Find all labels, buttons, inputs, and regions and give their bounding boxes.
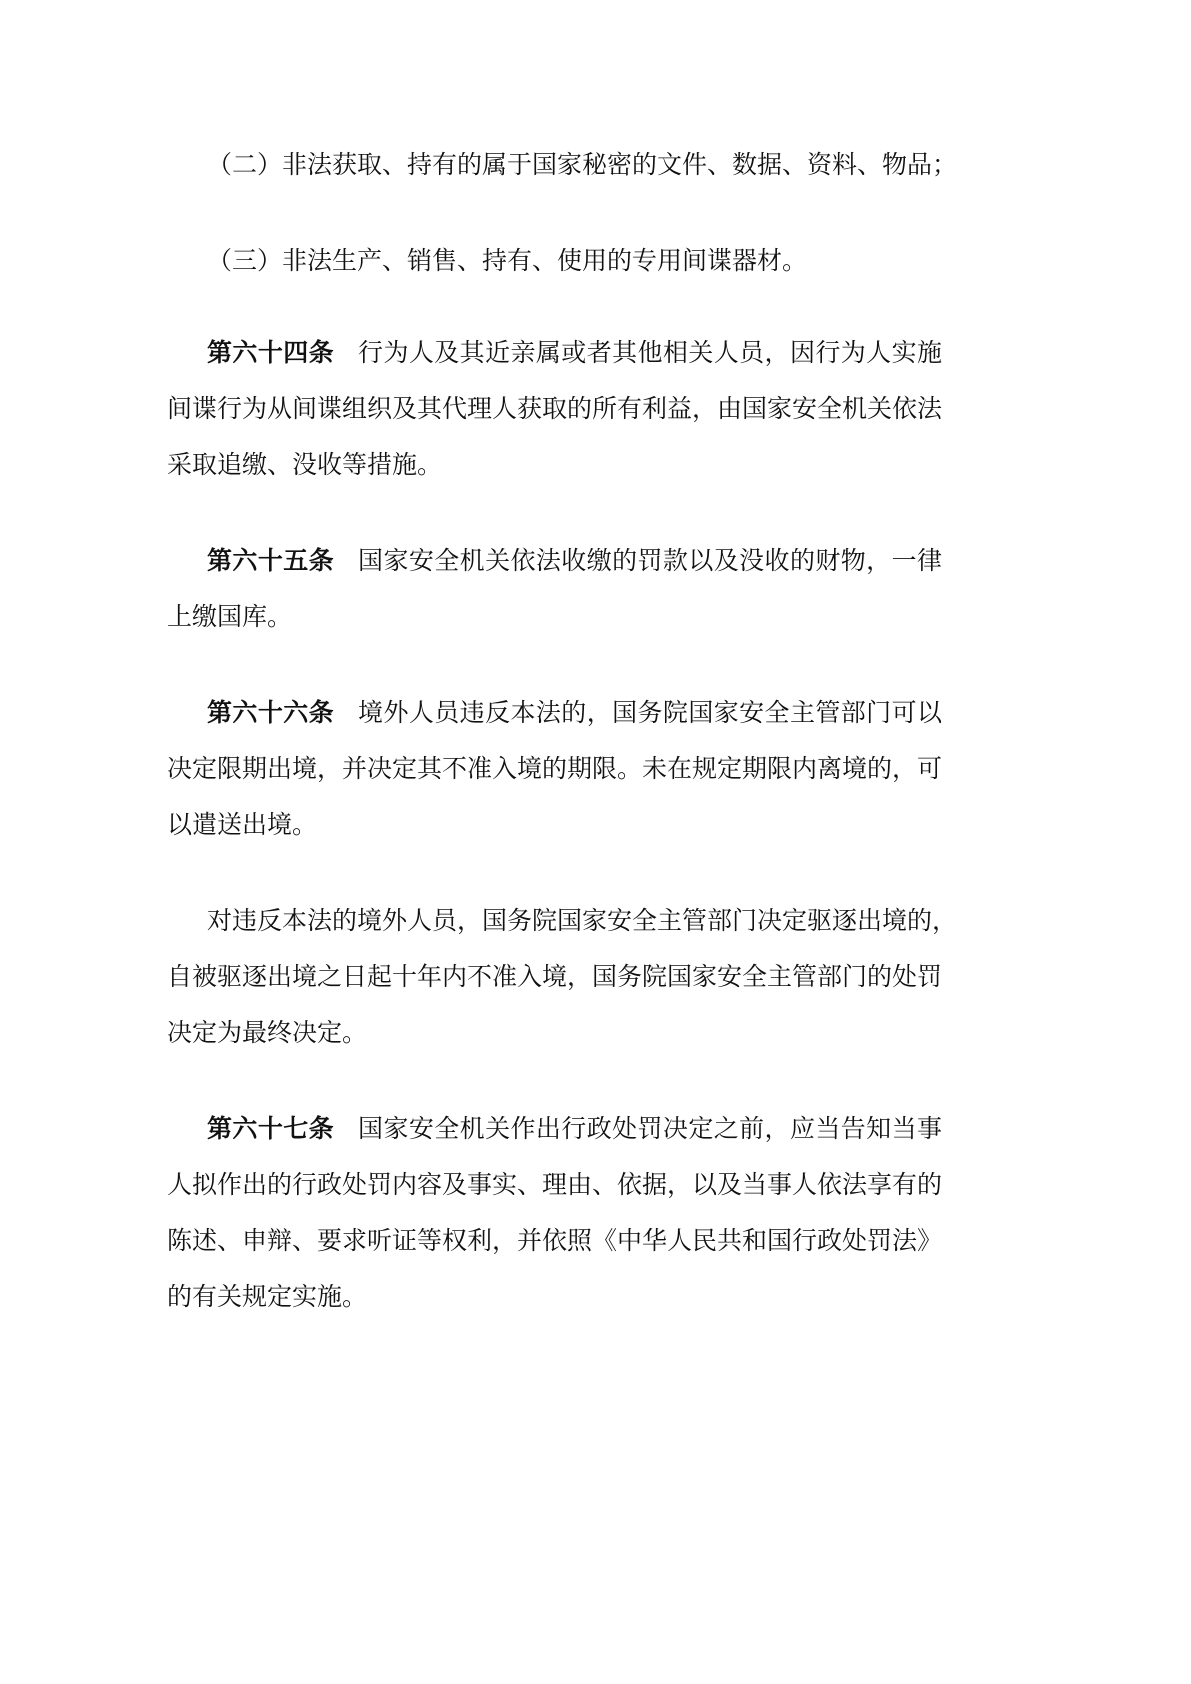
article-text: 决定为最终决定。	[167, 1018, 367, 1047]
list-item-text: （二）非法获取、持有的属于国家秘密的文件、数据、资料、物品；	[207, 150, 957, 179]
article-number: 第六十五条	[207, 546, 334, 575]
article-text: 间谍行为从间谍组织及其代理人获取的所有利益，由国家安全机关依法	[167, 394, 942, 423]
article-67-line-2: 人拟作出的行政处罚内容及事实、理由、依据，以及当事人依法享有的	[167, 1169, 942, 1201]
article-text: 国家安全机关作出行政处罚决定之前，应当告知当事	[358, 1114, 942, 1143]
article-64-line-1: 第六十四条行为人及其近亲属或者其他相关人员，因行为人实施	[207, 337, 942, 369]
list-item-text: （三）非法生产、销售、持有、使用的专用间谍器材。	[207, 246, 807, 275]
article-text: 人拟作出的行政处罚内容及事实、理由、依据，以及当事人依法享有的	[167, 1170, 942, 1199]
article-66-para-2-line-2: 自被驱逐出境之日起十年内不准入境，国务院国家安全主管部门的处罚	[167, 961, 942, 993]
article-66-line-3: 以遣送出境。	[167, 809, 942, 841]
list-item-2: （二）非法获取、持有的属于国家秘密的文件、数据、资料、物品；	[207, 149, 942, 181]
article-67-line-4: 的有关规定实施。	[167, 1281, 942, 1313]
article-text: 上缴国库。	[167, 602, 292, 631]
article-text: 以遣送出境。	[167, 810, 317, 839]
article-text: 国家安全机关依法收缴的罚款以及没收的财物，一律	[358, 546, 942, 575]
article-66-para-2-line-1: 对违反本法的境外人员，国务院国家安全主管部门决定驱逐出境的，	[207, 905, 942, 937]
article-text: 决定限期出境，并决定其不准入境的期限。未在规定期限内离境的，可	[167, 754, 942, 783]
article-text: 对违反本法的境外人员，国务院国家安全主管部门决定驱逐出境的，	[207, 906, 957, 935]
article-text: 的有关规定实施。	[167, 1282, 367, 1311]
article-66-para-2-line-3: 决定为最终决定。	[167, 1017, 942, 1049]
document-page: （二）非法获取、持有的属于国家秘密的文件、数据、资料、物品； （三）非法生产、销…	[0, 0, 1191, 1684]
article-64-line-2: 间谍行为从间谍组织及其代理人获取的所有利益，由国家安全机关依法	[167, 393, 942, 425]
article-66-line-1: 第六十六条境外人员违反本法的，国务院国家安全主管部门可以	[207, 697, 942, 729]
article-text: 陈述、申辩、要求听证等权利，并依照《中华人民共和国行政处罚法》	[167, 1226, 942, 1255]
article-67-line-3: 陈述、申辩、要求听证等权利，并依照《中华人民共和国行政处罚法》	[167, 1225, 942, 1257]
article-number: 第六十六条	[207, 698, 334, 727]
article-text: 境外人员违反本法的，国务院国家安全主管部门可以	[358, 698, 942, 727]
article-number: 第六十四条	[207, 338, 334, 367]
article-67-line-1: 第六十七条国家安全机关作出行政处罚决定之前，应当告知当事	[207, 1113, 942, 1145]
article-65-line-1: 第六十五条国家安全机关依法收缴的罚款以及没收的财物，一律	[207, 545, 942, 577]
list-item-3: （三）非法生产、销售、持有、使用的专用间谍器材。	[207, 245, 942, 277]
article-text: 行为人及其近亲属或者其他相关人员，因行为人实施	[358, 338, 942, 367]
article-65-line-2: 上缴国库。	[167, 601, 942, 633]
article-text: 采取追缴、没收等措施。	[167, 450, 442, 479]
article-text: 自被驱逐出境之日起十年内不准入境，国务院国家安全主管部门的处罚	[167, 962, 942, 991]
article-64-line-3: 采取追缴、没收等措施。	[167, 449, 942, 481]
article-number: 第六十七条	[207, 1114, 334, 1143]
article-66-line-2: 决定限期出境，并决定其不准入境的期限。未在规定期限内离境的，可	[167, 753, 942, 785]
